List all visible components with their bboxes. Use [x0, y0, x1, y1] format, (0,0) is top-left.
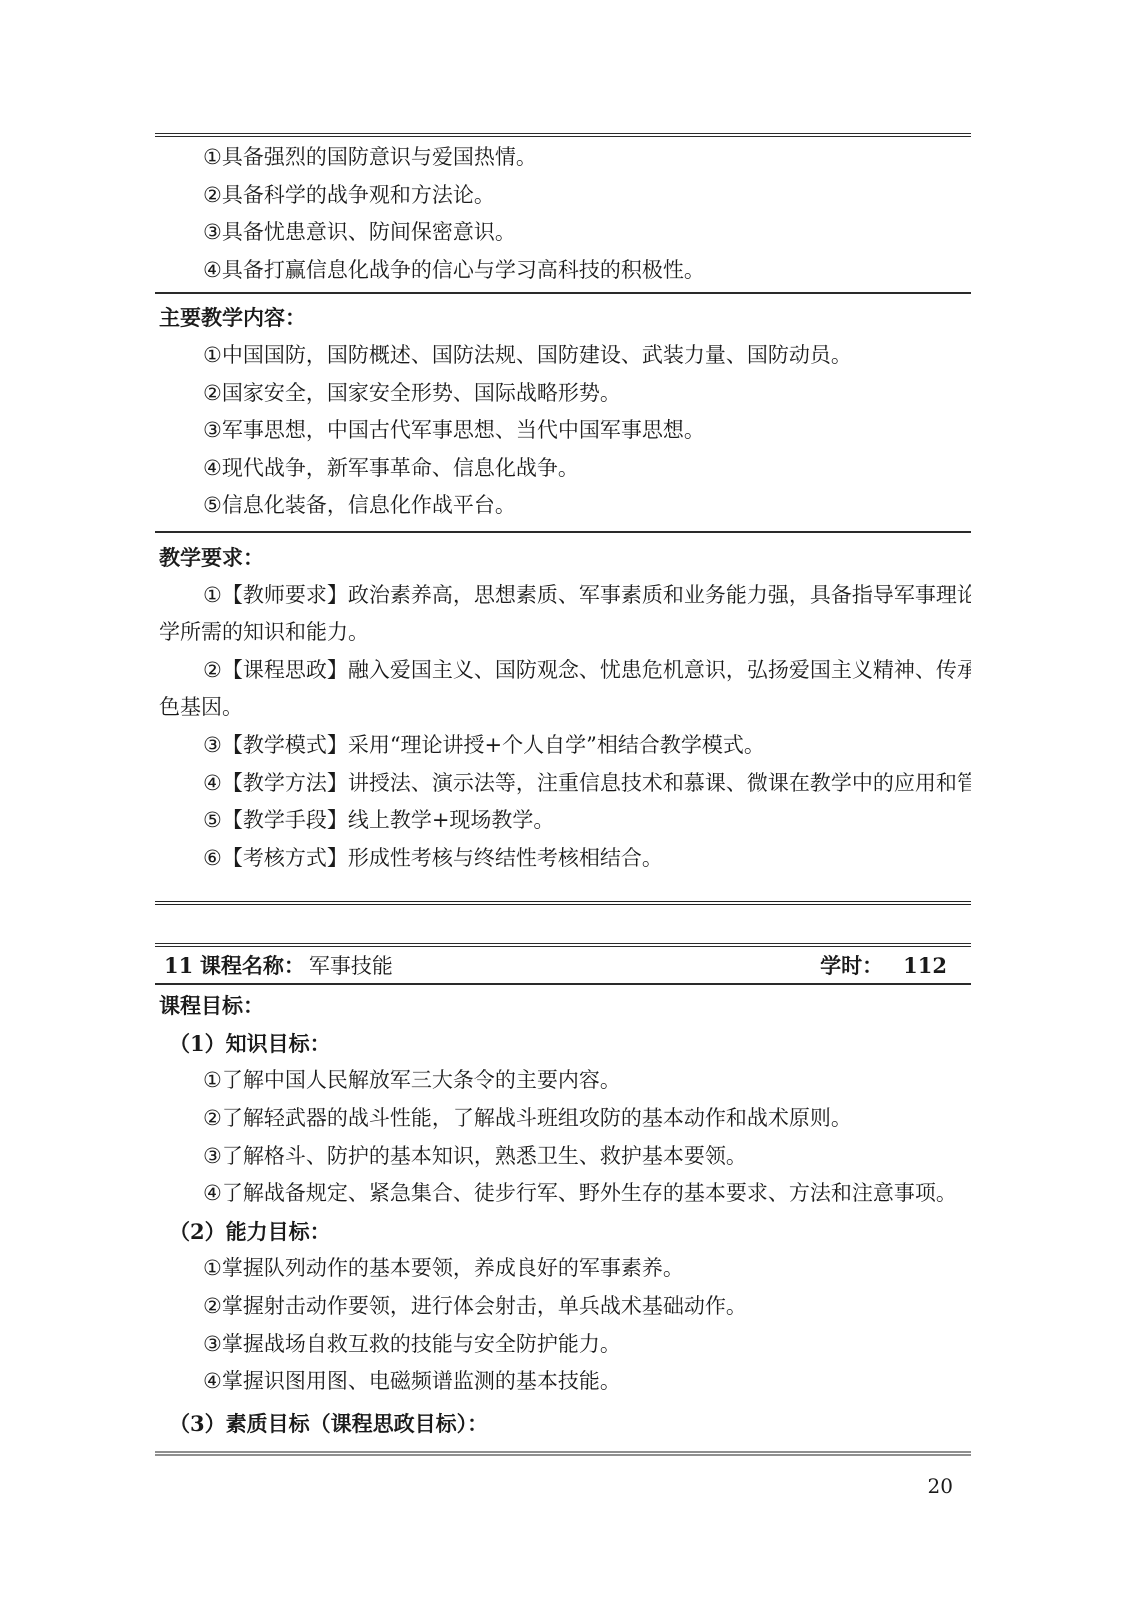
list-item: ③【教学模式】采用“理论讲授+个人自学”相结合教学模式。 [155, 727, 971, 765]
course-name-label: 课程名称： [200, 953, 305, 978]
course-header-row: 11 课程名称：军事技能 学时：112 [155, 943, 971, 985]
list-item: ⑤信息化装备，信息化作战平台。 [155, 487, 971, 525]
course-name: 军事技能 [309, 954, 393, 978]
list-item: ④掌握识图用图、电磁频谱监测的基本技能。 [155, 1363, 971, 1401]
section-teaching-requirements: 教学要求： ①【教师要求】政治素养高，思想素质、军事素质和业务能力强，具备指导军… [155, 531, 971, 905]
section-quality-goals-tail: ①具备强烈的国防意识与爱国热情。 ②具备科学的战争观和方法论。 ③具备忧患意识、… [155, 133, 971, 292]
course-number: 11 [164, 953, 193, 978]
list-item: ③具备忧患意识、防间保密意识。 [155, 214, 971, 252]
list-item: ④具备打赢信息化战争的信心与学习高科技的积极性。 [155, 252, 971, 290]
course-title: 11 课程名称：军事技能 [164, 950, 393, 980]
document-page: ①具备强烈的国防意识与爱国热情。 ②具备科学的战争观和方法论。 ③具备忧患意识、… [0, 0, 1131, 1600]
teaching-content-heading: 主要教学内容： [155, 299, 971, 337]
hours-label: 学时： [820, 953, 883, 978]
list-item: ③军事思想，中国古代军事思想、当代中国军事思想。 [155, 412, 971, 450]
list-item: ①了解中国人民解放军三大条令的主要内容。 [155, 1062, 971, 1100]
page-number: 20 [928, 1474, 953, 1498]
list-item: ②具备科学的战争观和方法论。 [155, 177, 971, 215]
quality-goals-heading: （3）素质目标（课程思政目标）： [155, 1405, 971, 1443]
table-bottom-rule [155, 1451, 971, 1456]
list-item: ②国家安全，国家安全形势、国际战略形势。 [155, 375, 971, 413]
hours-value: 112 [903, 953, 947, 978]
table-spacer [155, 905, 971, 943]
list-item: ①中国国防，国防概述、国防法规、国防建设、武装力量、国防动员。 [155, 337, 971, 375]
list-item: ③掌握战场自救互救的技能与安全防护能力。 [155, 1326, 971, 1364]
list-item-continuation: 色基因。 [155, 689, 971, 727]
list-item: ④【教学方法】讲授法、演示法等，注重信息技术和慕课、微课在教学中的应用和管理。 [155, 765, 971, 803]
list-item: ①掌握队列动作的基本要领，养成良好的军事素养。 [155, 1250, 971, 1288]
list-item: ⑤【教学手段】线上教学+现场教学。 [155, 802, 971, 840]
list-item: ①具备强烈的国防意识与爱国热情。 [155, 139, 971, 177]
list-item: ②掌握射击动作要领，进行体会射击，单兵战术基础动作。 [155, 1288, 971, 1326]
list-item-continuation: 学所需的知识和能力。 [155, 614, 971, 652]
teaching-requirements-heading: 教学要求： [155, 539, 971, 577]
knowledge-goals-heading: （1）知识目标： [155, 1025, 971, 1063]
list-item: ③了解格斗、防护的基本知识，熟悉卫生、救护基本要领。 [155, 1138, 971, 1176]
list-item: ④了解战备规定、紧急集合、徒步行军、野外生存的基本要求、方法和注意事项。 [155, 1175, 971, 1213]
course-outline-document: ①具备强烈的国防意识与爱国热情。 ②具备科学的战争观和方法论。 ③具备忧患意识、… [155, 133, 971, 1456]
section-teaching-content: 主要教学内容： ①中国国防，国防概述、国防法规、国防建设、武装力量、国防动员。 … [155, 292, 971, 531]
ability-goals-heading: （2）能力目标： [155, 1213, 971, 1251]
list-item: ①【教师要求】政治素养高，思想素质、军事素质和业务能力强，具备指导军事理论教 [155, 577, 971, 615]
course-goals-heading: 课程目标： [155, 987, 971, 1025]
list-item: ⑥【考核方式】形成性考核与终结性考核相结合。 [155, 840, 971, 878]
list-item: ②【课程思政】融入爱国主义、国防观念、忧患危机意识，弘扬爱国主义精神、传承红 [155, 652, 971, 690]
course-hours: 学时：112 [820, 950, 947, 980]
section-course-goals: 课程目标： （1）知识目标： ①了解中国人民解放军三大条令的主要内容。 ②了解轻… [155, 985, 971, 1451]
list-item: ④现代战争，新军事革命、信息化战争。 [155, 450, 971, 488]
list-item: ②了解轻武器的战斗性能，了解战斗班组攻防的基本动作和战术原则。 [155, 1100, 971, 1138]
